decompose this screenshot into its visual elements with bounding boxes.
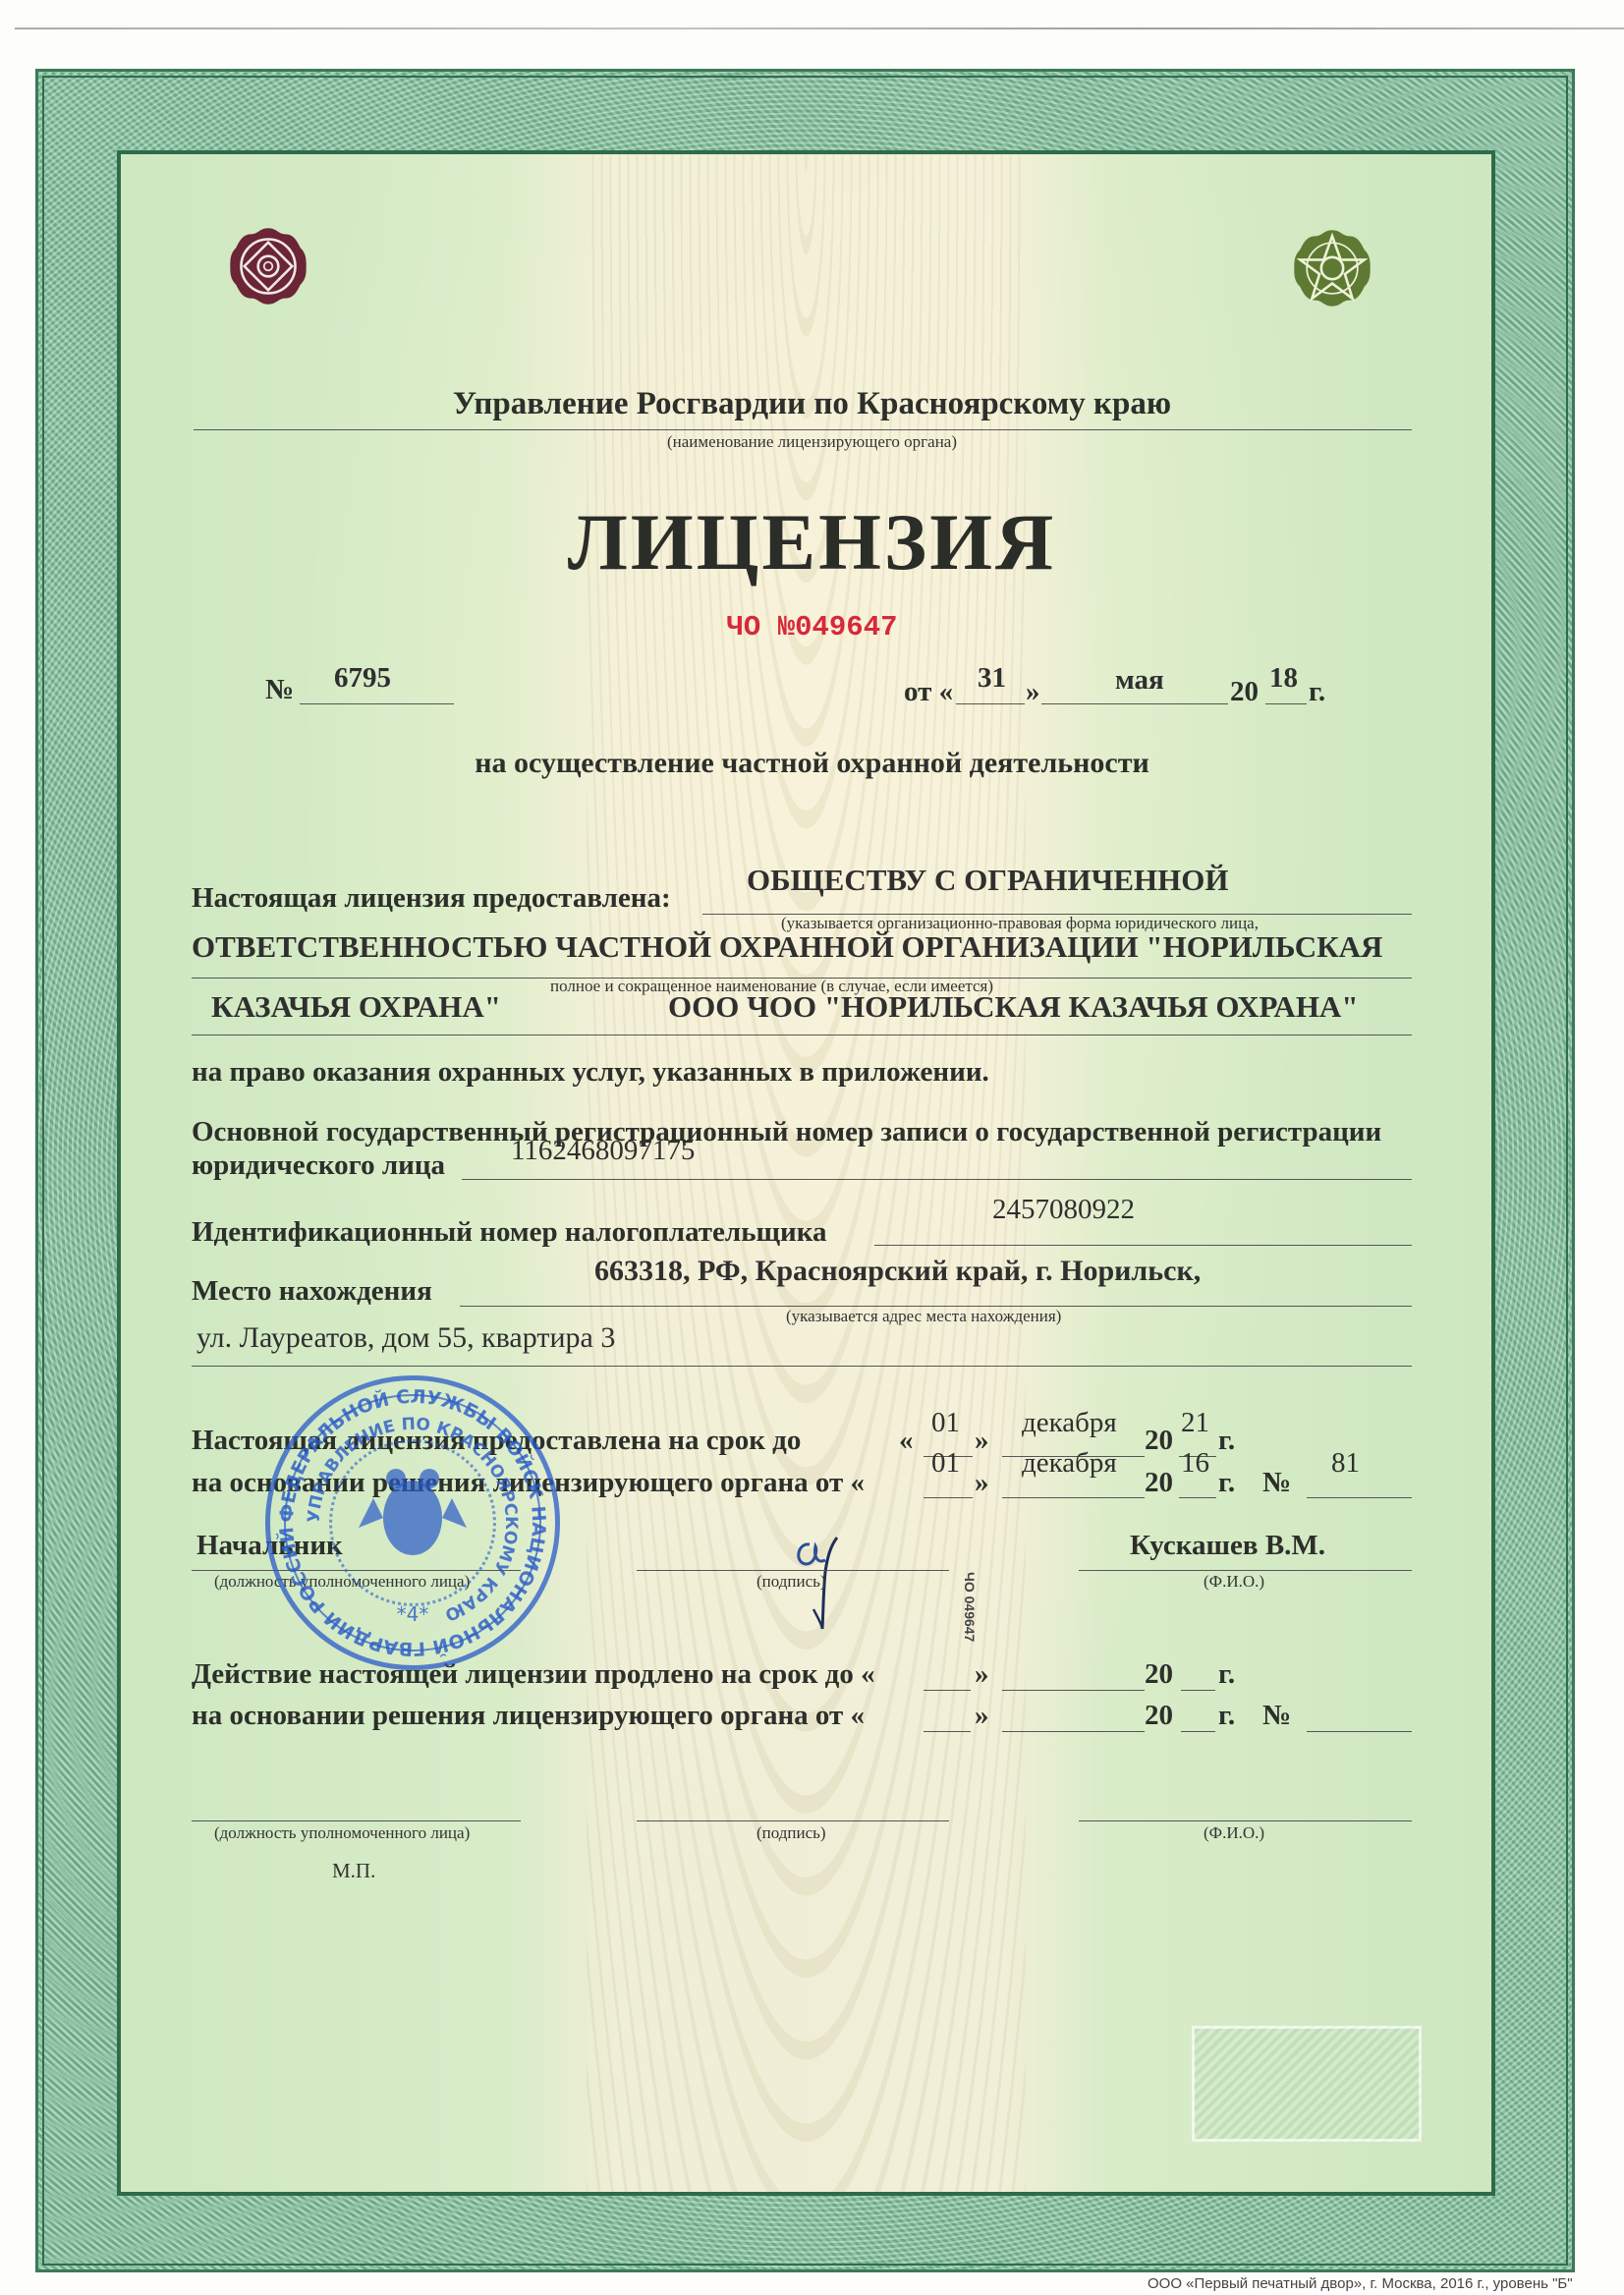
license-year-line <box>1265 703 1307 704</box>
ext-position-caption: (должность уполномоченного лица) <box>214 1823 470 1843</box>
grantee-line-2: ОТВЕТСТВЕННОСТЬЮ ЧАСТНОЙ ОХРАННОЙ ОРГАНИ… <box>192 929 1382 965</box>
ogrn-label-1: Основной государственный регистрационный… <box>192 1116 1381 1148</box>
address-rule-2 <box>192 1366 1412 1367</box>
name-line <box>1079 1570 1412 1571</box>
term-day: 01 <box>931 1407 960 1439</box>
decision-day-line <box>924 1497 973 1498</box>
decision-number-line <box>1307 1497 1412 1498</box>
license-year-prefix: 20 <box>1230 676 1259 708</box>
decision-number-label: № <box>1262 1467 1291 1499</box>
ext-end-2: г. <box>1218 1700 1235 1732</box>
ogrn-rule <box>462 1179 1412 1180</box>
scan-edge-line <box>15 28 1624 29</box>
license-day: 31 <box>978 662 1006 695</box>
activity-type: на осуществление частной охранной деятел… <box>0 747 1624 780</box>
decision-number: 81 <box>1331 1447 1360 1480</box>
ext-number-line <box>1307 1731 1412 1732</box>
inn-label: Идентификационный номер налогоплательщик… <box>192 1216 827 1249</box>
term-year-prefix: 20 <box>1145 1425 1173 1457</box>
license-number-label: № <box>265 674 294 706</box>
term-close: » <box>975 1425 989 1457</box>
rights-text: на право оказания охранных услуг, указан… <box>192 1056 989 1089</box>
ext-close-1: » <box>975 1658 989 1691</box>
license-month-line <box>1041 703 1228 704</box>
ogrn-value: 1162468097175 <box>511 1135 695 1167</box>
signature-caption: (подпись) <box>756 1572 826 1592</box>
date-prefix: от « <box>904 676 953 708</box>
ogrn-label-2: юридического лица <box>192 1149 445 1182</box>
decision-year-end: г. <box>1218 1467 1235 1499</box>
hologram-area <box>1192 2026 1422 2142</box>
name-caption: (Ф.И.О.) <box>1204 1572 1264 1592</box>
document-title: ЛИЦЕНЗИЯ <box>0 496 1624 588</box>
ext-day-line-2 <box>924 1731 971 1732</box>
address-line-2: ул. Лауреатов, дом 55, квартира 3 <box>196 1321 615 1355</box>
grantee-short-name: ООО ЧОО "НОРИЛЬСКАЯ КАЗАЧЬЯ ОХРАНА" <box>668 989 1359 1025</box>
address-caption: (указывается адрес места нахождения) <box>786 1307 1061 1326</box>
ext-end-1: г. <box>1218 1658 1235 1691</box>
address-line-1: 663318, РФ, Красноярский край, г. Нориль… <box>594 1255 1201 1288</box>
rosette-right-icon <box>1290 226 1374 310</box>
ext-year-line-1 <box>1181 1690 1215 1691</box>
ext-signature-caption: (подпись) <box>756 1823 826 1843</box>
signature-line <box>637 1570 949 1571</box>
term-year-end: г. <box>1218 1425 1235 1457</box>
ext-signature-line <box>637 1820 949 1821</box>
decision-month: декабря <box>1022 1447 1117 1480</box>
ext-name-line <box>1079 1820 1412 1821</box>
authority-caption: (наименование лицензирующего органа) <box>0 432 1624 452</box>
ext-month-line-1 <box>1002 1690 1145 1691</box>
decision-year-line <box>1179 1497 1216 1498</box>
decision-year-suffix: 16 <box>1181 1447 1209 1480</box>
license-day-line <box>956 703 1025 704</box>
svg-text:УПРАВЛЕНИЕ ПО КРАСНОЯРСКОМУ КР: УПРАВЛЕНИЕ ПО КРАСНОЯРСКОМУ КРАЮ <box>305 1415 521 1625</box>
ext-year-1: 20 <box>1145 1658 1173 1691</box>
double-headed-eagle-icon <box>359 1469 467 1555</box>
signatory-name: Кускашев В.М. <box>1130 1530 1325 1562</box>
term-open: « <box>899 1425 914 1457</box>
license-month: мая <box>1115 664 1164 697</box>
license-year-suffix: 18 <box>1269 662 1298 695</box>
decision-day: 01 <box>931 1447 960 1480</box>
official-stamp: ФЕДЕРАЛЬНОЙ СЛУЖБЫ ВОЙСК НАЦИОНАЛЬНОЙ ГВ… <box>265 1375 560 1670</box>
ext-month-line-2 <box>1002 1731 1145 1732</box>
authority-name: Управление Росгвардии по Красноярскому к… <box>0 386 1624 422</box>
extension-line-2: на основании решения лицензирующего орга… <box>192 1700 865 1732</box>
term-year-suffix: 21 <box>1181 1407 1209 1439</box>
decision-month-line <box>1002 1497 1145 1498</box>
grantee-line-3a: КАЗАЧЬЯ ОХРАНА" <box>211 989 501 1025</box>
inn-value: 2457080922 <box>992 1194 1135 1226</box>
serial-number: ЧО №049647 <box>0 611 1624 644</box>
ext-close-2: » <box>975 1700 989 1732</box>
vertical-serial: ЧО 049647 <box>962 1572 978 1642</box>
stamp-inner-text: УПРАВЛЕНИЕ ПО КРАСНОЯРСКОМУ КРАЮ <box>305 1415 521 1625</box>
decision-year-prefix: 20 <box>1145 1467 1173 1499</box>
decision-close: » <box>975 1467 989 1499</box>
date-mid: » <box>1026 676 1040 708</box>
address-label: Место нахождения <box>192 1275 432 1308</box>
ext-position-line <box>192 1820 521 1821</box>
rosette-left-icon <box>226 224 310 308</box>
term-month: декабря <box>1022 1407 1117 1439</box>
printer-footer: ООО «Первый печатный двор», г. Москва, 2… <box>1148 2275 1573 2292</box>
grantee-line-3-rule <box>192 1035 1412 1036</box>
ext-year-line-2 <box>1181 1731 1215 1732</box>
license-number: 6795 <box>334 662 391 695</box>
center-watermark <box>587 154 1025 2192</box>
grantee-label: Настоящая лицензия предоставлена: <box>192 882 671 915</box>
inn-rule <box>874 1245 1412 1246</box>
authority-underline <box>194 429 1412 430</box>
stamp-center-text: *4* <box>397 1602 429 1626</box>
ext-day-line-1 <box>924 1690 971 1691</box>
license-number-line <box>300 703 454 704</box>
grantee-line-1: ОБЩЕСТВУ С ОГРАНИЧЕННОЙ <box>747 863 1229 898</box>
ext-name-caption: (Ф.И.О.) <box>1204 1823 1264 1843</box>
ext-number-label: № <box>1262 1700 1291 1732</box>
ext-year-2: 20 <box>1145 1700 1173 1732</box>
seal-placeholder: М.П. <box>332 1859 375 1883</box>
license-year-end: г. <box>1309 676 1325 708</box>
